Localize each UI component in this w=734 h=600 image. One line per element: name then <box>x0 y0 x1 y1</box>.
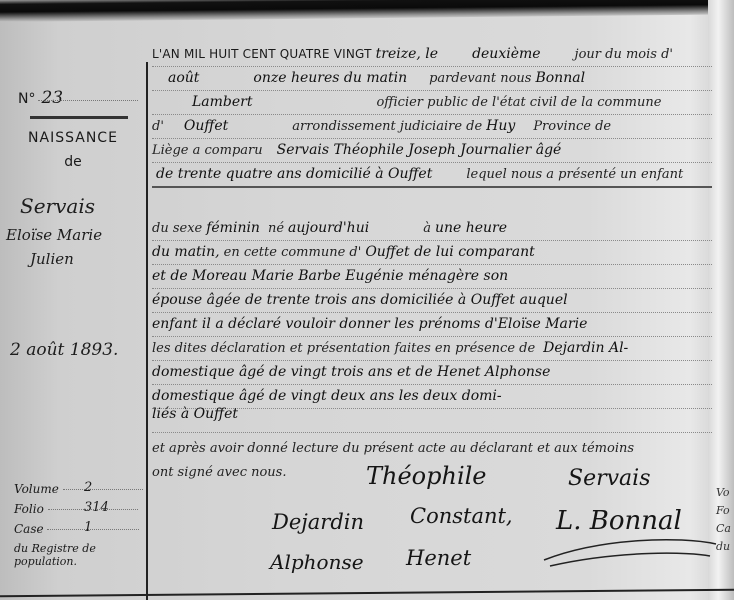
signature-witness2-first: Alphonse <box>270 550 364 574</box>
body-line-9: et de Moreau Marie Barbe Eugénie ménagèr… <box>152 268 712 284</box>
body-line-2: aoûtonze heures du matinpardevant nousBo… <box>152 70 712 86</box>
entry-number-dots <box>38 100 138 101</box>
entry-number-underline <box>30 116 128 119</box>
section-heading-de: de <box>0 154 146 170</box>
margin-column: N°23 NAISSANCE de Servais Eloïse Marie J… <box>0 0 146 600</box>
right-edge-fragment-1: Vo <box>716 486 730 499</box>
child-surname: Servais <box>20 194 95 218</box>
body-line-10: épouse âgée de trente trois ans domicili… <box>152 292 712 308</box>
body-line-12: les dites déclaration et présentation fa… <box>152 340 712 356</box>
right-edge-fragment-3: Ca <box>716 522 731 535</box>
register-volume-label: Volume <box>14 482 59 496</box>
register-folio-label: Folio <box>14 502 44 516</box>
birth-date: 2 août 1893. <box>10 340 118 360</box>
body-line-8: du matin,en cette commune d'Ouffet de lu… <box>152 244 712 260</box>
register-volume-value: 2 <box>84 480 92 495</box>
signature-witness2-last: Henet <box>406 546 471 570</box>
register-folio-value: 314 <box>84 500 109 515</box>
body-line-6: de trente quatre ans domicilié à Ouffetl… <box>152 166 712 182</box>
register-footer: du Registre de population. <box>14 542 146 568</box>
margin-divider-rule <box>146 62 148 600</box>
signature-declarant-first: Théophile <box>366 462 487 490</box>
signature-witness1-last: Dejardin <box>272 510 364 534</box>
entry-number-label: N° <box>18 91 35 107</box>
register-volume: Volume 2 <box>14 482 143 496</box>
signature-witness1-first: Constant, <box>410 504 513 528</box>
body-line-7: du sexefémininnéaujourd'huiàune heure <box>152 220 712 236</box>
section-heading: NAISSANCE <box>0 130 146 146</box>
entry-number: N°23 <box>18 88 63 108</box>
body-line-3: Lambertofficier public de l'état civil d… <box>152 94 712 110</box>
body-line-14: domestique âgé de vingt deux ans les deu… <box>152 388 712 404</box>
register-case-label: Case <box>14 522 44 536</box>
signature-declarant-last: Servais <box>568 466 650 491</box>
entry-number-value: 23 <box>41 88 63 108</box>
register-case-value: 1 <box>84 520 92 535</box>
register-case: Case 1 <box>14 522 139 536</box>
body-line-15: liés à Ouffet <box>152 406 712 422</box>
body-line-5: Liège a comparuServais Théophile Joseph … <box>152 142 712 158</box>
closing-line-1: et après avoir donné lecture du présent … <box>152 440 712 456</box>
body-line-4: d'Ouffetarrondissement judiciaire deHuyP… <box>152 118 712 134</box>
body-line-1: L'AN MIL HUIT CENT QUATRE VINGTtreize, l… <box>152 46 712 62</box>
body-line-13: domestique âgé de vingt trois ans et de … <box>152 364 712 380</box>
body-line-11: enfant il a déclaré vouloir donner les p… <box>152 316 712 332</box>
right-edge-fragment-4: du <box>716 540 730 553</box>
right-edge-fragment-2: Fo <box>716 504 730 517</box>
child-given-names-2: Julien <box>30 250 74 268</box>
child-given-names-1: Eloïse Marie <box>6 226 102 244</box>
signature-flourish <box>540 530 720 570</box>
register-folio: Folio 314 <box>14 502 138 516</box>
